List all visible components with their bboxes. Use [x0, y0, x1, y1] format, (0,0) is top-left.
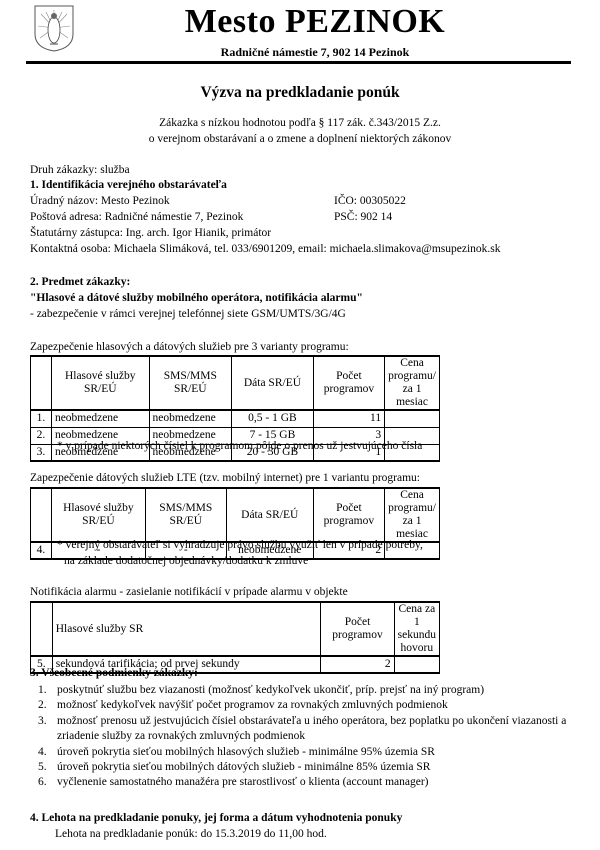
- col-header-number: [31, 488, 52, 542]
- section-2-heading: 2. Predmet zákazky:: [30, 276, 130, 288]
- section-4-heading: 4. Lehota na predkladanie ponuky, jej fo…: [30, 812, 402, 824]
- contract-type: Druh zákazky: služba: [30, 164, 130, 176]
- list-item: 4.úroveň pokrytia sieťou mobilných hlaso…: [38, 745, 598, 760]
- list-item: 3.možnosť prenosu už jestvujúcich čísiel…: [38, 714, 598, 745]
- col-header-count: Počet programov: [313, 488, 384, 542]
- col-header-sms: SMS/MMS SR/EÚ: [149, 356, 232, 410]
- document-title: Výzva na predkladanie ponúk: [0, 84, 600, 102]
- table-2-note-line-1: * verejný obstarávateľ si vyhradzuje prá…: [57, 539, 423, 551]
- subject-description: - zabezpečenie v rámci verejnej telefónn…: [30, 308, 346, 320]
- section-3-heading: 3. Všeobecné podmienky zákazky:: [30, 667, 198, 679]
- table-row: 1. neobmedzene neobmedzene 0,5 - 1 GB 11: [31, 410, 440, 427]
- col-header-number: [31, 602, 53, 656]
- col-header-price: Cena programu/ za 1 mesiac: [385, 356, 440, 410]
- price-cell: [385, 410, 440, 427]
- col-header-voice: Hlasové služby SR: [52, 602, 321, 656]
- subtitle-line-1: Zákazka s nízkou hodnotou podľa § 117 zá…: [0, 117, 600, 129]
- price-cell: [394, 656, 439, 673]
- col-header-voice: Hlasové služby SR/EÚ: [51, 488, 145, 542]
- header-divider: [26, 61, 571, 64]
- col-header-voice: Hlasové služby SR/EÚ: [51, 356, 149, 410]
- col-header-count: Počet programov: [313, 356, 384, 410]
- table-3-caption: Notifikácia alarmu - zasielanie notifiká…: [30, 586, 348, 598]
- list-item: 1.poskytnúť službu bez viazanosti (možno…: [38, 683, 598, 698]
- table-1-caption: Zapezpečenie hlasových a dátových služie…: [30, 341, 349, 353]
- submission-deadline: Lehota na predkladanie ponúk: do 15.3.20…: [55, 828, 327, 840]
- col-header-price: Cena programu/ za 1 mesiac: [385, 488, 440, 542]
- list-item: 6.vyčlenenie samostatného manažéra pre s…: [38, 775, 598, 790]
- statutory-rep: Štatutárny zástupca: Ing. arch. Igor Hia…: [30, 227, 271, 239]
- table-1-note: * v prípade niektorých čísiel k programo…: [57, 440, 422, 452]
- table-2-caption: Zapezpečenie dátových služieb LTE (tzv. …: [30, 472, 420, 484]
- subtitle-line-2: o verejnom obstarávaní a o zmene a dopln…: [0, 133, 600, 145]
- organization-name: Mesto PEZINOK: [0, 2, 600, 42]
- list-item: 5.úroveň pokrytia sieťou mobilných dátov…: [38, 760, 598, 775]
- col-header-price: Cena za 1 sekundu hovoru: [394, 602, 439, 656]
- contact-person: Kontaktná osoba: Michaela Slimáková, tel…: [30, 243, 501, 255]
- subject-title: "Hlasové a dátové služby mobilného operá…: [30, 292, 363, 304]
- col-header-data: Dáta SR/EÚ: [226, 488, 313, 542]
- postal-address: Poštová adresa: Radničné námestie 7, Pez…: [30, 211, 243, 223]
- section-1-heading: 1. Identifikácia verejného obstarávateľa: [30, 179, 227, 191]
- ico: IČO: 00305022: [334, 195, 406, 207]
- col-header-sms: SMS/MMS SR/EÚ: [145, 488, 226, 542]
- col-header-number: [31, 356, 52, 410]
- organization-address: Radničné námestie 7, 902 14 Pezinok: [0, 45, 600, 60]
- table-alarm-notification: Hlasové služby SR Počet programov Cena z…: [30, 601, 440, 674]
- official-name: Úradný názov: Mesto Pezinok: [30, 195, 170, 207]
- conditions-list: 1.poskytnúť službu bez viazanosti (možno…: [38, 683, 598, 791]
- list-item: 2.možnosť kedykoľvek navýšiť počet progr…: [38, 698, 598, 713]
- table-2-note-line-2: na základe dodatočnej objednávky/dodatku…: [64, 555, 308, 567]
- col-header-count: Počet programov: [321, 602, 394, 656]
- postal-code: PSČ: 902 14: [334, 211, 392, 223]
- col-header-data: Dáta SR/EÚ: [232, 356, 314, 410]
